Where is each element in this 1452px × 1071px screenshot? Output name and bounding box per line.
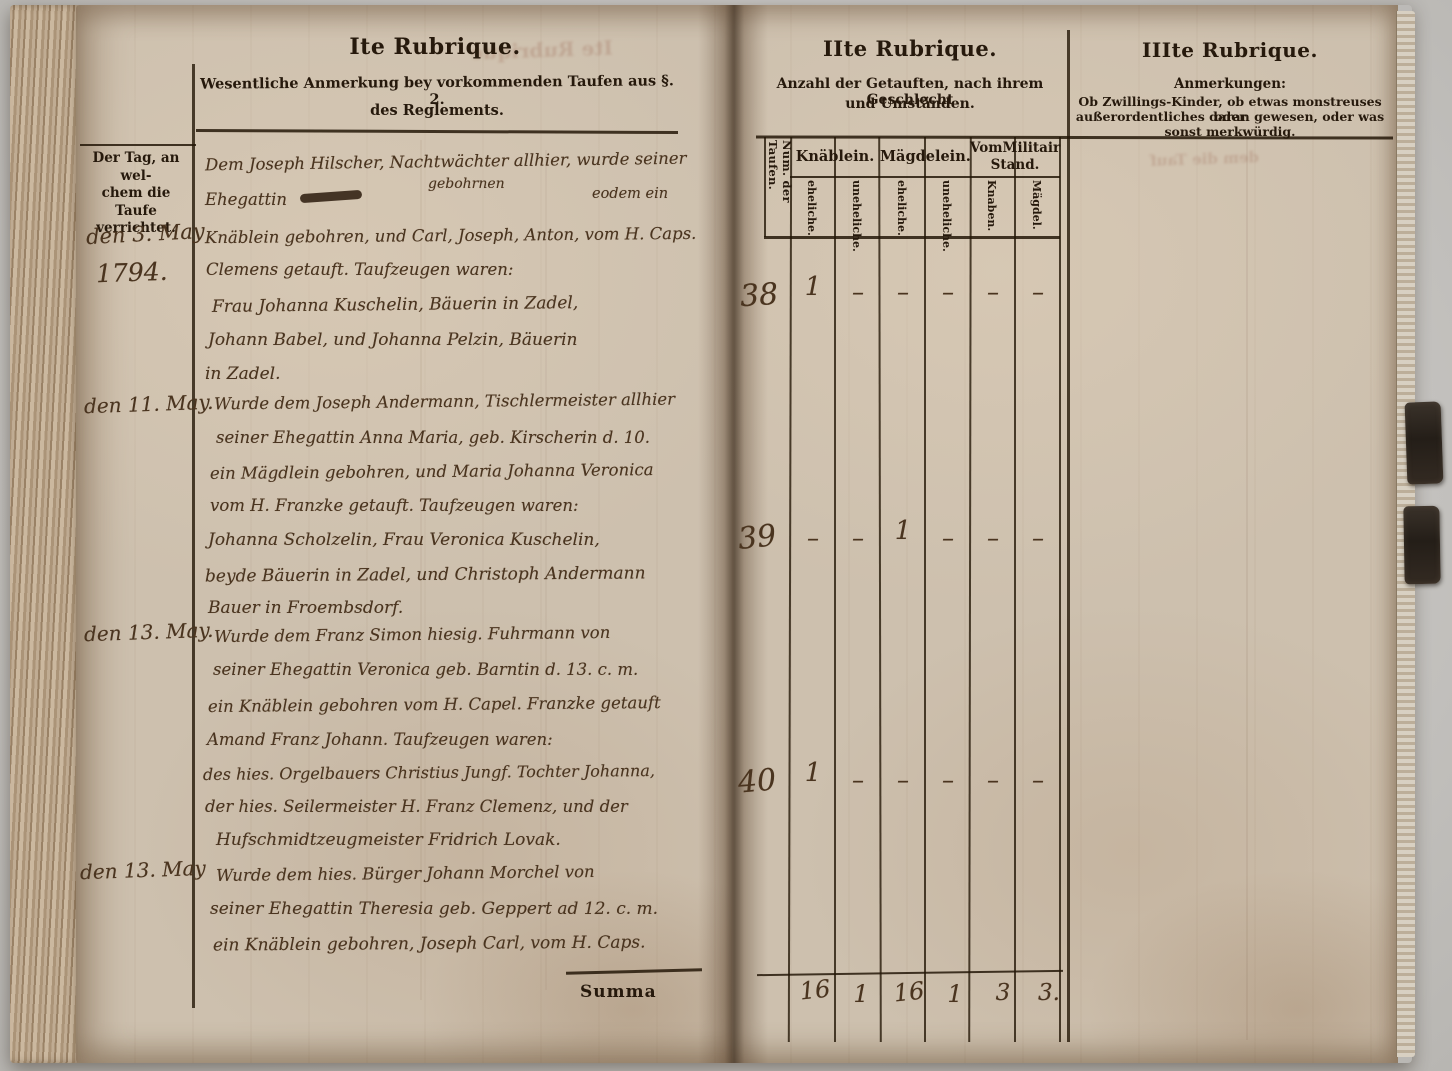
entry2-line: seiner Ehegattin Anna Maria, geb. Kirsch… [216,428,650,447]
left-page-title: Ite Rubrique. [195,34,675,60]
table-grid-line [924,137,926,1042]
cell-value: – [970,278,1016,306]
entry2-line: beyde Bäuerin in Zadel, und Christoph An… [205,563,646,586]
summa-value: 1 [932,980,978,1008]
rubrique3-heading: Anmerkungen: [1080,76,1380,92]
cell-value: – [835,524,881,552]
entry-date: den 13. May [80,856,207,884]
summa-value: 16 [791,974,840,1007]
row-number: 40 [737,762,778,800]
entry-date: 1794. [96,257,169,288]
summa-value: 3. [1026,980,1072,1006]
entry1-line: Ehegattin [205,190,287,209]
cell-value: 1 [880,516,926,546]
entry1-line: Clemens getauft. Taufzeugen waren: [206,260,513,279]
entry3-line: Amand Franz Johann. Taufzeugen waren: [207,730,553,749]
entry2-line: Johanna Scholzelin, Frau Veronica Kusche… [208,530,600,550]
paper-crease [1246,140,1248,1040]
cell-value: – [880,278,926,306]
group-header-maegdelein: Mägdelein. [880,148,970,165]
cell-value: – [1015,278,1061,306]
row-number: 38 [739,277,780,315]
book-clasp-bottom [1403,506,1440,585]
cell-value: – [970,766,1016,794]
entry2-line: ein Mägdlein gebohren, und Maria Johanna… [210,460,654,483]
cell-value: – [925,524,971,552]
group-header-knaeblein: Knäblein. [791,148,879,165]
cell-value: – [880,766,926,794]
cell-value: – [1015,766,1061,794]
cell-value: – [790,524,836,552]
rubrique2-subtitle-line2: und Umständen. [752,96,1068,112]
rubrique-separator-rule [1067,30,1070,1042]
group-header-militair-line2: Stand. [970,157,1060,173]
table-grid-line [1059,137,1061,1042]
entry-date: den 13. May. [84,618,214,647]
rubrique3-title: IIIte Rubrique. [1080,38,1380,62]
entry4-line: ein Knäblein gebohren, Joseph Carl, vom … [213,932,646,955]
date-header-line: Der Tag, an wel- [80,150,192,185]
rubrique3-note-line2: außerordentliches daran gewesen, oder wa… [1074,109,1386,124]
date-header-line: chem die Taufe [80,185,192,220]
bleedthrough-text-right: dem die Tauf [1150,148,1259,170]
subcol-header-knaben: Knaben. [985,180,998,234]
left-page-edges [10,5,82,1063]
entry1-line: gebohrnen [428,176,505,192]
entry3-line: der hies. Seilermeister H. Franz Clemenz… [205,797,628,816]
entry1-line: Johann Babel, und Johanna Pelzin, Bäueri… [208,330,577,350]
scanned-baptism-register-photo: Ite Rubrique dem die Tauf Ite Rubrique. … [0,0,1452,1071]
cell-value: – [835,766,881,794]
summa-value: 3 [980,980,1026,1006]
cell-value: – [835,278,881,306]
cell-value: – [1015,524,1061,552]
entry3-line: Hufschmidtzeugmeister Fridrich Lovak. [216,830,561,850]
rubrique2-title: IIte Rubrique. [760,36,1060,61]
subcol-header-eheliche2: eheliche. [895,180,908,234]
cell-value: – [925,278,971,306]
book-clasp-top [1405,401,1444,484]
row-number: 39 [736,518,778,557]
subcol-header-uneheliche2: uneheliche. [940,180,953,234]
entry1-line: in Zadel. [205,364,281,384]
entry2-line: Bauer in Froembsdorf. [208,598,403,618]
entry3-line: des hies. Orgelbauers Christius Jungf. T… [203,761,655,784]
entry2-line: vom H. Franzke getauft. Taufzeugen waren… [210,496,579,515]
entry3-line: seiner Ehegattin Veronica geb. Barntin d… [213,660,638,679]
subcol-header-uneheliche1: uneheliche. [850,180,863,234]
entry4-line: Wurde dem hies. Bürger Johann Morchel vo… [216,862,595,885]
entry3-line: ein Knäblein gebohren vom H. Capel. Fran… [208,693,661,716]
entry4-line: seiner Ehegattin Theresia geb. Geppert a… [210,899,658,919]
num-column-header: Num. der Taufen. [766,140,794,236]
summa-value: 1 [838,980,884,1008]
summa-label: Summa [580,982,657,1002]
entry-date: den 11. May. [84,390,214,419]
summa-value: 16 [885,976,934,1009]
cell-value: – [970,524,1016,552]
cell-value: 1 [790,758,836,788]
subcol-header-maegdel: Mägdel. [1030,180,1043,234]
subcol-header-eheliche1: eheliche. [805,180,818,234]
table-grid-line [1014,137,1016,1042]
entry1-line: Frau Johanna Kuschelin, Bäuerin in Zadel… [212,293,578,317]
left-page-subtitle-line2: des Reglements. [197,102,677,119]
cell-value: – [925,766,971,794]
date-column-top-rule [80,144,196,146]
cell-value: 1 [790,272,836,302]
group-header-militair-line1: VomMilitair [970,140,1060,156]
entry1-line: eodem ein [592,186,668,202]
